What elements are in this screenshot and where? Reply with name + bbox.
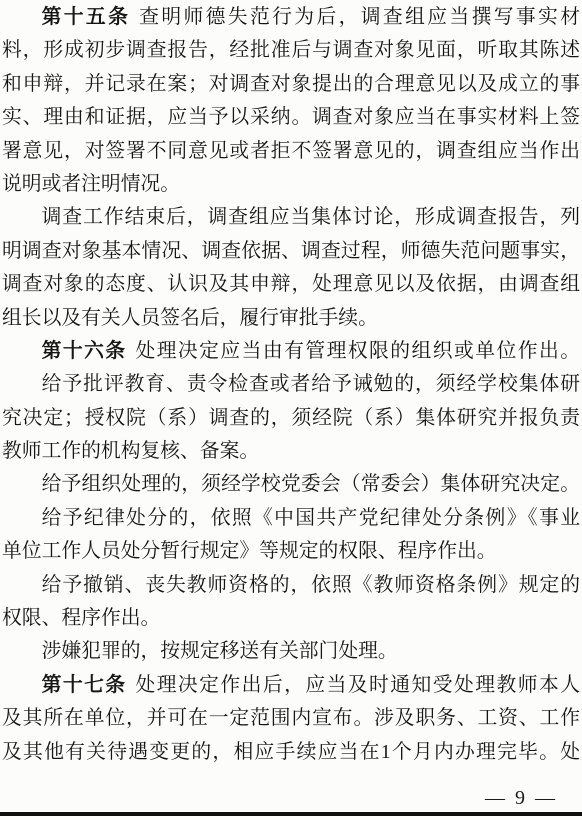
text-line: 给予批评教育、责令检查或者给予诫勉的，须经学校集体研 xyxy=(2,368,580,401)
text-line: 第十五条查明师德失范行为后，调查组应当撰写事实材 xyxy=(2,1,580,34)
text-line: 给予撤销、丧失教师资格的，依照《教师资格条例》规定的 xyxy=(2,569,580,602)
text-line: 料，形成初步调查报告，经批准后与调查对象见面，听取其陈述 xyxy=(2,34,580,67)
document-body: 第十五条查明师德失范行为后，调查组应当撰写事实材料，形成初步调查报告，经批准后与… xyxy=(2,1,580,769)
text-line: 第十六条处理决定应当由有管理权限的组织或单位作出。 xyxy=(2,335,580,368)
document-page: 第十五条查明师德失范行为后，调查组应当撰写事实材料，形成初步调查报告，经批准后与… xyxy=(0,0,582,820)
text-line: 实、理由和证据，应当予以采纳。调查对象应当在事实材料上签 xyxy=(2,101,580,134)
text-line: 及其所在单位，并可在一定范围内宣布。涉及职务、工资、工作 xyxy=(2,702,580,735)
article-number: 第十六条 xyxy=(42,340,127,362)
text-line: 第十七条处理决定作出后，应当及时通知受处理教师本人 xyxy=(2,669,580,702)
text-line: 调查工作结束后，调查组应当集体讨论，形成调查报告，列 xyxy=(2,201,580,234)
text-line: 说明或者注明情况。 xyxy=(2,168,580,201)
text-line: 及其他有关待遇变更的，相应手续应当在1个月内办理完毕。处 xyxy=(2,736,580,769)
text-line: 署意见，对签署不同意见或者拒不签署意见的，调查组应当作出 xyxy=(2,135,580,168)
text-line: 给予纪律处分的，依照《中国共产党纪律处分条例》《事业 xyxy=(2,502,580,535)
article-number: 第十五条 xyxy=(42,6,131,28)
page-number: — 9 — xyxy=(485,787,555,809)
text-line: 明调查对象基本情况、调查依据、调查过程，师德失范问题事实， xyxy=(2,235,580,268)
text-line: 权限、程序作出。 xyxy=(2,602,580,635)
text-line: 和申辩，并记录在案；对调查对象提出的合理意见以及成立的事 xyxy=(2,68,580,101)
text-line: 调查对象的态度、认识及其申辩，处理意见以及依据，由调查组 xyxy=(2,268,580,301)
bottom-rule xyxy=(0,812,582,816)
text-line: 给予组织处理的，须经学校党委会（常委会）集体研究决定。 xyxy=(2,468,580,501)
text-line: 教师工作的机构复核、备案。 xyxy=(2,435,580,468)
text-line: 组长以及有关人员签名后，履行审批手续。 xyxy=(2,302,580,335)
text-line: 单位工作人员处分暂行规定》等规定的权限、程序作出。 xyxy=(2,535,580,568)
text-line: 究决定；授权院（系）调查的，须经院（系）集体研究并报负责 xyxy=(2,402,580,435)
text-line: 涉嫌犯罪的，按规定移送有关部门处理。 xyxy=(2,635,580,668)
article-number: 第十七条 xyxy=(42,674,127,696)
